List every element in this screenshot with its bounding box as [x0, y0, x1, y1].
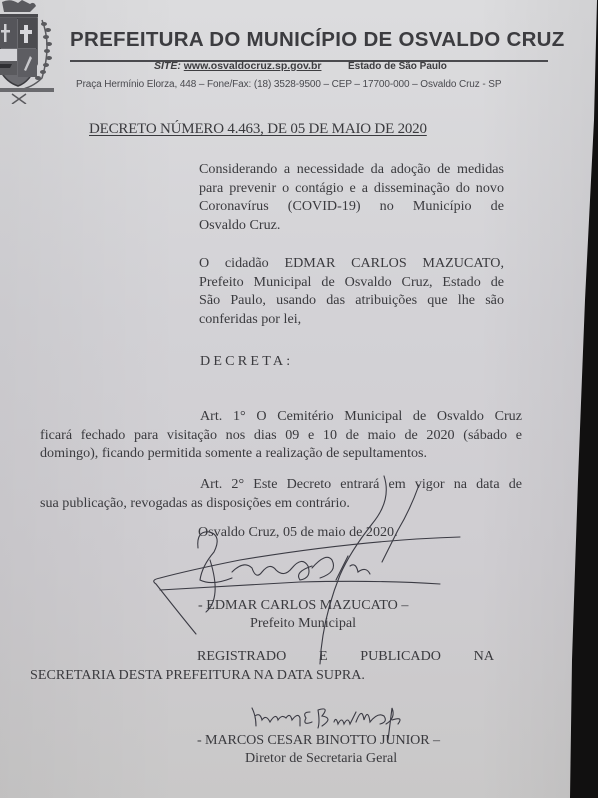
signatory-1-role: Prefeito Municipal	[250, 615, 356, 632]
site-url-link[interactable]: www.osvaldocruz.sp.gov.br	[184, 60, 322, 72]
registration-note: REGISTRADO E PUBLICADO NA SECRETARIA DES…	[30, 647, 494, 684]
place-date: Osvaldo Cruz, 05 de maio de 2020.	[198, 524, 398, 541]
address-line: Praça Hermínio Elorza, 448 – Fone/Fax: (…	[76, 79, 501, 90]
article-2: Art. 2° Este Decreto entrará em vigor na…	[40, 475, 522, 512]
signatory-2-role: Diretor de Secretaria Geral	[245, 750, 397, 767]
site-label: SITE:	[154, 60, 181, 72]
signatory-2-name: - MARCOS CESAR BINOTTO JUNIOR –	[197, 732, 440, 749]
considering-paragraph: Considerando a necessidade da adoção de …	[199, 160, 504, 234]
state-label: Estado de São Paulo	[348, 61, 447, 72]
decree-title: DECRETO NÚMERO 4.463, DE 05 DE MAIO DE 2…	[89, 121, 427, 138]
mayor-intro-paragraph: O cidadão EDMAR CARLOS MAZUCATO, Prefeit…	[199, 254, 504, 328]
signatory-1-name: - EDMAR CARLOS MAZUCATO –	[198, 597, 408, 614]
site-line: SITE: www.osvaldocruz.sp.gov.br	[154, 60, 321, 72]
municipality-title: PREFEITURA DO MUNICÍPIO DE OSVALDO CRUZ	[70, 28, 565, 52]
coat-of-arms-icon	[0, 0, 56, 104]
article-1: Art. 1° O Cemitério Municipal de Osvaldo…	[40, 407, 522, 463]
decreta-heading: DECRETA:	[200, 353, 293, 370]
